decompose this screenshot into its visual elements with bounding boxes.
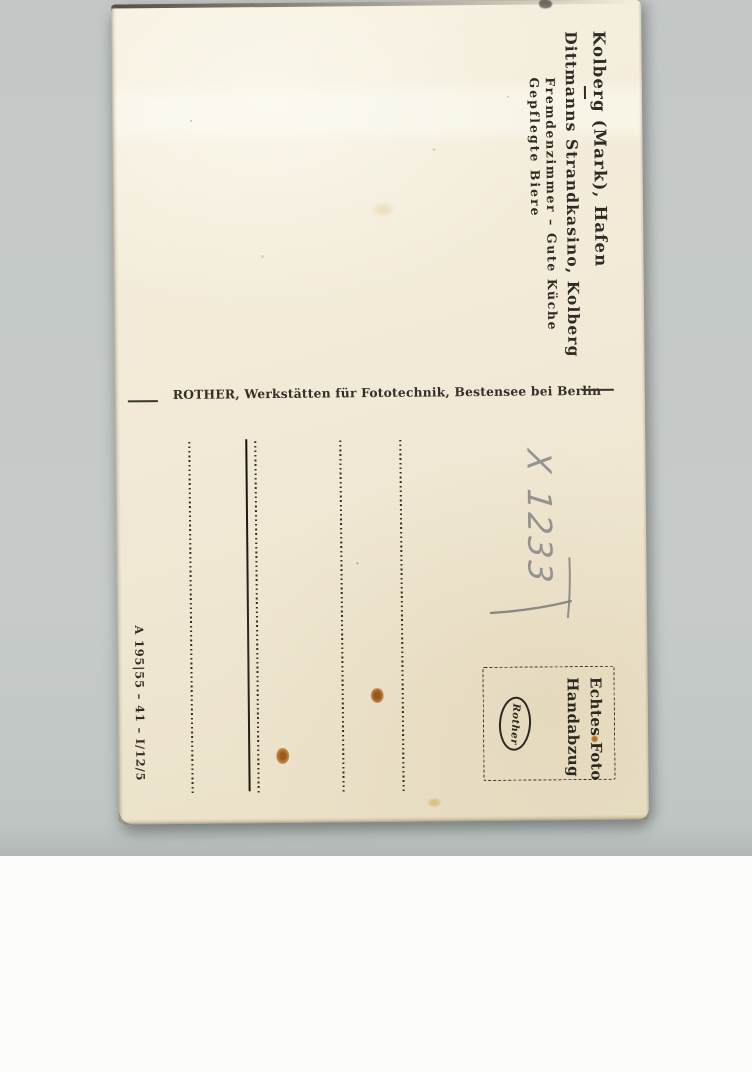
stain-spot (427, 797, 442, 807)
paper-speck (261, 255, 263, 258)
address-line-dotted-1 (188, 442, 193, 794)
caption-title: Kolberg (Mark), Hafen (589, 31, 611, 336)
caption-amenities-line-2: Gepflegte Biere (527, 77, 544, 336)
address-line-dotted-4 (399, 440, 404, 792)
stain-spot (276, 748, 289, 764)
scanned-postcard-image: Kolberg (Mark), Hafen Dittmanns Strandka… (0, 0, 752, 1072)
caption-block: Kolberg (Mark), Hafen Dittmanns Strandka… (526, 31, 611, 337)
rother-logo-oval: Rother (497, 696, 532, 752)
handwritten-number: X 1233 (519, 448, 559, 588)
postcard-back: Kolberg (Mark), Hafen Dittmanns Strandka… (111, 0, 649, 825)
stain-spot (371, 688, 384, 703)
address-line-dotted-3 (339, 440, 344, 792)
address-line-dotted-2 (254, 441, 259, 793)
stain-spot (371, 202, 395, 217)
paper-speck (190, 120, 192, 122)
paper-speck (432, 148, 435, 150)
caption-amenities-line-1: Fremdenzimmer – Gute Küche (543, 77, 560, 336)
stamp-box-line-2: Handabzug (564, 677, 583, 772)
paper-speck (507, 96, 509, 98)
paper-speck (356, 562, 358, 564)
rother-logo-text: Rother (508, 703, 521, 745)
stamp-box-text: Echtes Foto Handabzug (564, 677, 606, 772)
print-order-number: A 195|55 – 41 – I/12/5 (132, 625, 147, 781)
address-line-solid (245, 439, 251, 791)
publisher-imprint: ROTHER, Werkstätten für Fototechnik, Bes… (173, 383, 573, 402)
caption-subtitle: Dittmanns Strandkasino, Kolberg (561, 31, 583, 336)
stamp-box: Echtes Foto Handabzug Rother (482, 666, 615, 781)
publisher-dash-left (128, 400, 158, 402)
stamp-box-line-1: Echtes Foto (587, 677, 606, 772)
caption-divider-dash (584, 86, 586, 99)
publisher-dash-right (582, 389, 614, 391)
